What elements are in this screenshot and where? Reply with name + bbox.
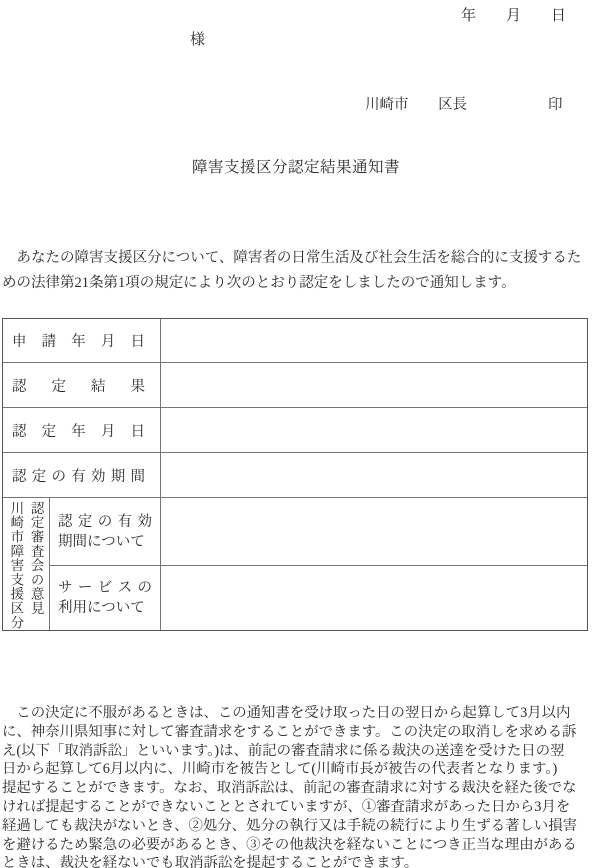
vertical-heading-left: 川崎市障害支援区分 xyxy=(8,501,23,630)
vertical-heading-right: 認定審査会の意見 xyxy=(29,501,44,630)
addressee-honorific: 様 xyxy=(190,28,205,49)
application-date-label: 申請年月日 xyxy=(3,319,161,362)
application-date-value xyxy=(161,319,587,362)
issue-date-line: 年 月 日 xyxy=(461,4,566,25)
certification-date-label: 認定年月日 xyxy=(3,408,161,452)
application-date-row: 申請年月日 xyxy=(3,319,587,362)
certification-date-value xyxy=(161,408,587,452)
opinion-service-use-subrow: サービスの 利用について xyxy=(50,565,587,630)
intro-paragraph: あなたの障害支援区分について、障害者の日常生活及び社会生活を総合的に支援するた … xyxy=(2,246,590,296)
notice-line: に、神奈川県知事に対して審査請求をすることができます。この決定の取消しを求める訴 xyxy=(2,723,592,742)
intro-line: あなたの障害支援区分について、障害者の日常生活及び社会生活を総合的に支援するた xyxy=(2,246,590,271)
notice-line: 提起することができます。なお、取消訴訟は、前記の審査請求に対する裁決を経た後でな xyxy=(2,779,592,798)
valid-period-row: 認定の有効期間 xyxy=(3,452,587,497)
issuer-city: 川崎市 xyxy=(365,93,409,114)
document-title: 障害支援区分認定結果通知書 xyxy=(0,155,592,177)
opinion-label-line: 利用について xyxy=(58,598,152,618)
opinion-label-line: サービスの xyxy=(58,578,152,598)
opinion-service-use-label: サービスの 利用について xyxy=(50,566,161,630)
issuer-line: 川崎市 区長 印 xyxy=(0,93,592,113)
seal-mark: 印 xyxy=(548,93,563,114)
certification-table: 申請年月日 認定結果 認定年月日 認定の有効期間 川崎市障害支援区分 認定審査会… xyxy=(2,318,588,631)
opinion-label-line: 期間について xyxy=(58,532,152,552)
notice-line: 日から起算して6月以内に、川崎市を被告として(川崎市長が被告の代表者となります。… xyxy=(2,760,592,779)
notice-line: この決定に不服があるときは、この通知書を受け取った日の翌日から起算して3月以内 xyxy=(2,704,592,723)
notice-line: を避けるため緊急の必要があるとき、③その他裁決を経ないことにつき正当な理由がある xyxy=(2,836,592,855)
appeal-notice-paragraph: この決定に不服があるときは、この通知書を受け取った日の翌日から起算して3月以内 … xyxy=(2,704,592,868)
valid-period-label: 認定の有効期間 xyxy=(3,453,161,497)
opinion-label-line: 認定の有効 xyxy=(58,512,152,532)
certification-result-value xyxy=(161,363,587,407)
notice-line: ければ提起することができないこととされていますが、①審査請求があった日から3月を xyxy=(2,798,592,817)
certification-date-row: 認定年月日 xyxy=(3,407,587,452)
review-board-opinion-row: 川崎市障害支援区分 認定審査会の意見 認定の有効 期間について サービスの 利用… xyxy=(3,497,587,630)
opinion-valid-period-subrow: 認定の有効 期間について xyxy=(50,498,587,565)
opinion-service-use-value xyxy=(161,566,587,630)
review-board-vertical-heading: 川崎市障害支援区分 認定審査会の意見 xyxy=(3,498,50,630)
notice-line: ときは、裁決を経ないでも取消訴訟を提起することができます。 xyxy=(2,854,592,868)
notice-line: 経過しても裁決がないとき、②処分、処分の執行又は手続の続行により生ずる著しい損害 xyxy=(2,817,592,836)
notice-line: え(以下「取消訴訟」といいます。)は、前記の審査請求に係る裁決の送達を受けた日の… xyxy=(2,742,592,761)
certification-result-row: 認定結果 xyxy=(3,362,587,407)
certification-result-label: 認定結果 xyxy=(3,363,161,407)
opinion-valid-period-value xyxy=(161,498,587,565)
opinion-valid-period-label: 認定の有効 期間について xyxy=(50,498,161,565)
intro-line: めの法律第21条第1項の規定により次のとおり認定をしましたので通知します。 xyxy=(2,271,590,296)
document-page: 年 月 日 様 川崎市 区長 印 障害支援区分認定結果通知書 あなたの障害支援区… xyxy=(0,0,592,868)
valid-period-value xyxy=(161,453,587,497)
issuer-office-title: 区長 xyxy=(438,93,467,114)
